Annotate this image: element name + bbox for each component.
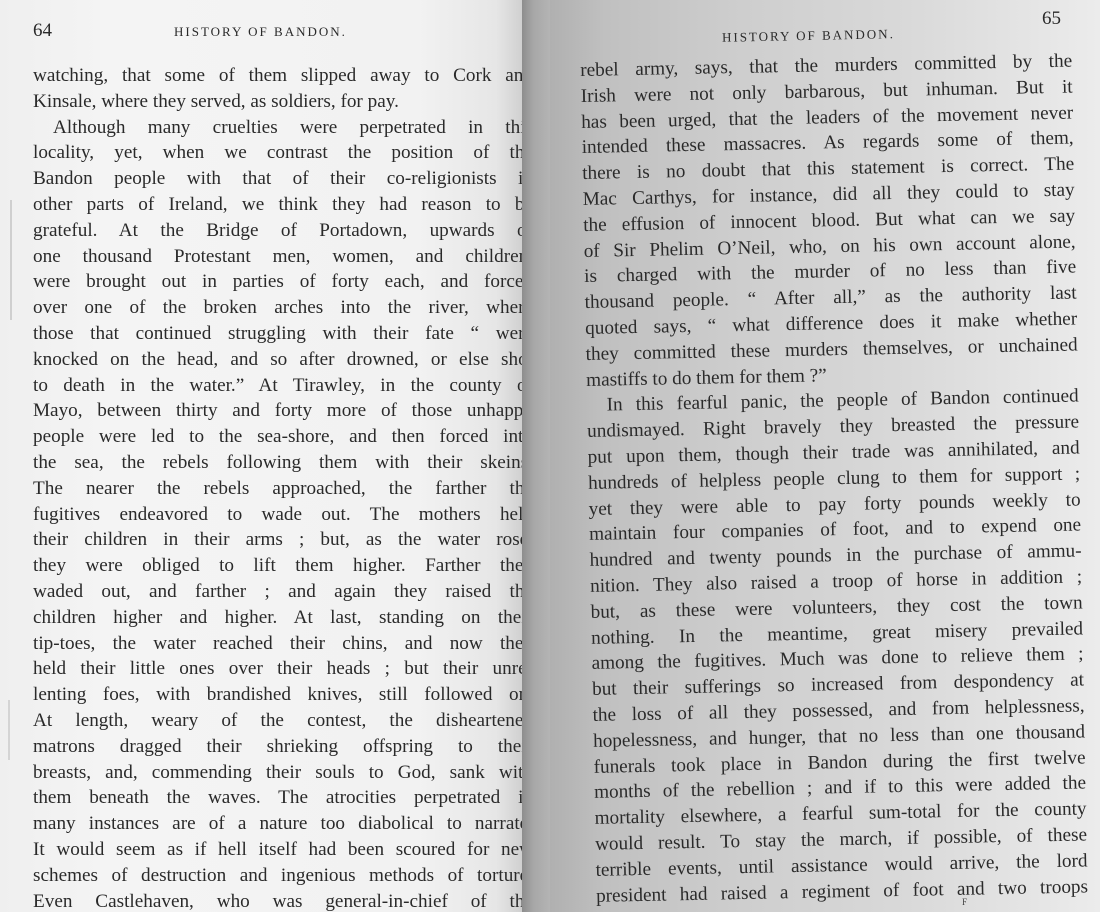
right-page-body-text: rebel army, says, that the murders commi…	[580, 49, 1088, 910]
text-line: breasts, and, commending their souls to …	[33, 760, 522, 786]
text-line: lenting foes, with brandished knives, st…	[33, 682, 522, 708]
text-line: locality, yet, when we contrast the posi…	[33, 140, 522, 166]
text-line: people were led to the sea-shore, and th…	[33, 424, 522, 450]
text-line: Mayo, between thirty and forty more of t…	[33, 398, 522, 424]
book-gutter	[522, 0, 550, 912]
text-line: The nearer the rebels approached, the fa…	[33, 476, 522, 502]
text-line: over one of the broken arches into the r…	[33, 295, 522, 321]
text-line: grateful. At the Bridge of Portadown, up…	[33, 218, 522, 244]
page-number: 64	[33, 20, 52, 42]
left-page: 64 HISTORY OF BANDON. watching, that som…	[0, 0, 522, 912]
text-line: matrons dragged their shrieking offsprin…	[33, 734, 522, 760]
right-page: HISTORY OF BANDON. 65 rebel army, says, …	[550, 0, 1100, 912]
book-spread: 64 HISTORY OF BANDON. watching, that som…	[0, 0, 1100, 912]
text-line: fugitives endeavored to wade out. The mo…	[33, 502, 522, 528]
pencil-margin-mark	[8, 700, 10, 760]
text-line: one thousand Protestant men, women, and …	[33, 244, 522, 270]
text-line: children higher and higher. At last, sta…	[33, 605, 522, 631]
running-head-title: HISTORY OF BANDON.	[722, 26, 895, 46]
text-line: held their little ones over their heads …	[33, 656, 522, 682]
left-running-head: 64 HISTORY OF BANDON.	[33, 20, 522, 42]
text-line: to death in the water.” At Tirawley, in …	[33, 373, 522, 399]
text-line: were brought out in parties of forty eac…	[33, 269, 522, 295]
text-line: they were obliged to lift them higher. F…	[33, 553, 522, 579]
text-line: watching, that some of them slipped away…	[33, 63, 522, 89]
running-head-title: HISTORY OF BANDON.	[174, 24, 347, 40]
text-line: many instances are of a nature too diabo…	[33, 811, 522, 837]
text-line: Kinsale, where they served, as soldiers,…	[33, 89, 522, 115]
text-line: Bandon people with that of their co-reli…	[33, 166, 522, 192]
signature-mark: F	[962, 897, 967, 907]
text-line: It would seem as if hell itself had been…	[33, 837, 522, 863]
pencil-margin-mark	[10, 200, 12, 320]
text-line: Even Castlehaven, who was general-in-chi…	[33, 889, 522, 912]
text-line: schemes of destruction and ingenious met…	[33, 863, 522, 889]
text-line: knocked on the head, and so after drowne…	[33, 347, 522, 373]
text-line: Although many cruelties were perpetrated…	[33, 115, 522, 141]
text-line: other parts of Ireland, we think they ha…	[33, 192, 522, 218]
text-line: them beneath the waves. The atrocities p…	[33, 785, 522, 811]
left-page-body-text: watching, that some of them slipped away…	[33, 63, 522, 912]
text-line: At length, weary of the contest, the dis…	[33, 708, 522, 734]
text-line: the sea, the rebels following them with …	[33, 450, 522, 476]
text-line: tip-toes, the water reached their chins,…	[33, 631, 522, 657]
text-line: waded out, and farther ; and again they …	[33, 579, 522, 605]
text-line: their children in their arms ; but, as t…	[33, 527, 522, 553]
page-number: 65	[1042, 8, 1061, 30]
text-line: those that continued struggling with the…	[33, 321, 522, 347]
